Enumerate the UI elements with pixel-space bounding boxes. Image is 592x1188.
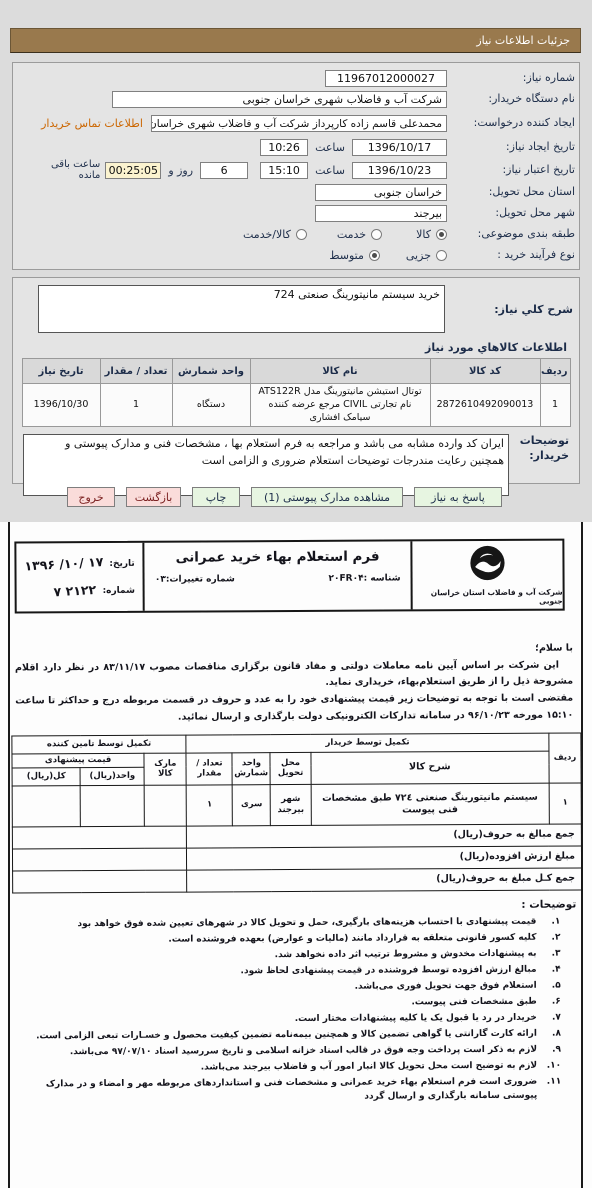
creator-field[interactable]: محمدعلی قاسم زاده کارپرداز شرکت آب و فاض…: [151, 115, 447, 132]
expire-date-label: تاریخ اعتبار نیاز:: [447, 164, 575, 177]
doc-col-delivery: محلتحویل: [270, 752, 310, 784]
province-row: استان محل تحویل: خراسان جنوبی: [17, 182, 575, 203]
goods-header-name: نام کالا: [250, 359, 430, 384]
doc-sum-words-value: [12, 826, 186, 849]
doc-item-no: ۱: [549, 783, 581, 824]
doc-grand-total-value: [13, 870, 187, 893]
water-company-logo-icon: [468, 544, 506, 586]
doc-item-unit-price: [80, 785, 144, 826]
buyer-notes-label: توضیحات خریدار:: [509, 434, 569, 496]
goods-cell-date: 1396/10/30: [22, 384, 100, 427]
doc-price-group: قیمت پیشنهادی: [12, 753, 144, 767]
goods-table-header-row: ردیف کد کالا نام کالا واحد شمارش تعداد /…: [22, 359, 570, 384]
page-title: جزئیات اطلاعات نیاز: [476, 34, 570, 47]
goods-header-qty: تعداد / مقدار: [100, 359, 172, 384]
doc-sum-row-2: مبلغ ارزش افزوده(ریال): [12, 846, 581, 871]
doc-col-total-price: کل(ریال): [12, 767, 80, 785]
document-note-1: ۱.قیمت پیشنهادی با احتساب هزینه‌های بارگ…: [16, 916, 576, 932]
purchase-type-radio-minor[interactable]: [436, 250, 447, 261]
document-body-text: با سلام؛ این شرکت بر اساس آیین نامه معام…: [15, 641, 573, 727]
category-radio-goods[interactable]: [436, 229, 447, 240]
countdown-timer: 00:25:05: [105, 162, 161, 179]
document-note-11: ۱۱.ضروری است فرم استعلام بهاء خرید عمران…: [17, 1076, 577, 1106]
expire-date-row: تاریخ اعتبار نیاز: 1396/10/23 ساعت 15:10…: [17, 158, 575, 182]
goods-cell-code: 2872610492090013: [430, 384, 540, 427]
buyer-org-field[interactable]: شرکت آب و فاضلاب شهری خراسان جنوبی: [112, 91, 447, 108]
need-description-row: شرح کلي نیاز: خرید سیستم مانیتورینگ صنعت…: [15, 281, 577, 335]
goods-cell-qty: 1: [100, 384, 172, 427]
creator-label: ایجاد کننده درخواست:: [447, 117, 575, 130]
buyer-org-row: نام دستگاه خریدار: شرکت آب و فاضلاب شهری…: [17, 89, 575, 110]
need-goods-panel: شرح کلي نیاز: خرید سیستم مانیتورینگ صنعت…: [12, 277, 580, 484]
company-name: شرکت آب و فاضلاب استان خراسان جنوبی: [413, 588, 563, 607]
create-date-field[interactable]: 1396/10/17: [352, 139, 447, 156]
document-notes: توضیحات : ۱.قیمت پیشنهادی با احتساب هزین…: [16, 899, 577, 1108]
category-label: طبقه بندی موضوعی:: [447, 228, 575, 241]
document-header: شرکت آب و فاضلاب استان خراسان جنوبی فرم …: [14, 539, 564, 614]
need-info-panel: شماره نیاز: 11967012000027 نام دستگاه خر…: [12, 62, 580, 270]
document-date-label: تاریخ:: [109, 558, 134, 568]
page-title-bar: جزئیات اطلاعات نیاز: [10, 28, 581, 53]
doc-group-supplier: تکمیل توسط تامین کننده: [12, 735, 186, 754]
expire-time-label: ساعت: [315, 164, 345, 177]
need-number-row: شماره نیاز: 11967012000027: [17, 68, 575, 89]
goods-cell-name: توتال استیشن مانیتورینگ مدل ATS122R نام …: [250, 384, 430, 427]
document-number-label: شماره:: [103, 585, 135, 595]
category-option-goods-service-label: کالا/خدمت: [243, 228, 291, 241]
category-option-service-label: خدمت: [337, 228, 366, 241]
document-note-6: ۶.طبق مشخصات فنی پیوست.: [17, 996, 577, 1012]
goods-header-code: کد کالا: [430, 359, 540, 384]
need-description-textarea[interactable]: خرید سیستم مانیتورینگ صنعتی 724: [38, 285, 445, 333]
category-option-goods-label: کالا: [416, 228, 431, 241]
goods-header-unit: واحد شمارش: [172, 359, 250, 384]
document-note-8: ۸.ارائه کارت گارانتی یا گواهی تضمین کالا…: [17, 1028, 577, 1044]
document-note-3: ۳.به پیشنهادات مخدوش و مشروط ترتیب اثر د…: [16, 948, 576, 964]
document-paragraph-1: این شرکت بر اساس آیین نامه معاملات دولتی…: [15, 657, 573, 693]
exit-button[interactable]: خروج: [67, 487, 115, 507]
doc-sum-words-label: جمع مبالغ به حروف(ریال): [187, 824, 582, 848]
doc-item-row: ۱ سیستم مانیتورینگ صنعتی ۷۲٤ طبق مشخصات …: [12, 783, 581, 827]
doc-item-delivery: شهربیرجند: [271, 784, 311, 825]
document-note-10: ۱۰.لازم به توضیح است محل تحویل کالا انبا…: [17, 1060, 577, 1076]
doc-item-unit: سری: [233, 784, 271, 825]
back-button[interactable]: بازگشت: [126, 487, 181, 507]
doc-group-buyer: تکمیل توسط خریدار: [186, 733, 549, 753]
buyer-contact-link[interactable]: اطلاعات تماس خریدار: [41, 117, 143, 130]
doc-vat-label: مبلغ ارزش افزوده(ریال): [187, 846, 582, 870]
document-title-cell: فرم استعلام بهاء خرید عمرانی شناسه :۲۰FR…: [143, 541, 413, 610]
need-number-label: شماره نیاز:: [447, 72, 575, 85]
create-date-label: تاریخ ایجاد نیاز:: [447, 141, 575, 154]
purchase-type-medium-label: متوسط: [329, 249, 364, 262]
days-label: روز و: [168, 164, 193, 177]
goods-cell-row-no: 1: [540, 384, 570, 427]
document-dates-cell: تاریخ: ۱۷ /۱۰/ ۱۳۹۶ شماره: ۲۱۲۲ ۷: [16, 543, 143, 612]
create-time-label: ساعت: [315, 141, 345, 154]
doc-col-brand: مارککالا: [144, 753, 186, 785]
doc-vat-value: [12, 848, 186, 871]
doc-col-row: ردیف: [549, 733, 581, 783]
province-label: استان محل تحویل:: [447, 186, 575, 199]
document-date-handwritten: ۱۷ /۱۰/ ۱۳۹۶: [24, 554, 104, 574]
view-attachments-button[interactable]: مشاهده مدارک پیوستی (1): [251, 487, 403, 507]
category-row: طبقه بندی موضوعی: کالا خدمت کالا/خدمت: [17, 224, 575, 245]
days-remaining-field: 6: [200, 162, 248, 179]
create-time-field[interactable]: 10:26: [260, 139, 308, 156]
document-note-5: ۵.استعلام فوق جهت تحویل فوری می‌باشد.: [17, 980, 577, 996]
print-button[interactable]: چاپ: [192, 487, 240, 507]
expire-time-field[interactable]: 15:10: [260, 162, 308, 179]
need-description-label: شرح کلي نیاز:: [445, 303, 573, 316]
city-field[interactable]: بیرجند: [315, 205, 447, 222]
category-radio-service[interactable]: [371, 229, 382, 240]
expire-date-field[interactable]: 1396/10/23: [352, 162, 447, 179]
document-price-table: ردیف تکمیل توسط خریدار تکمیل توسط تامین …: [11, 733, 582, 894]
doc-grand-total-label: جمع کـل مبلغ به حروف(ریال): [187, 868, 582, 892]
doc-col-qty: تعداد /مقدار: [186, 753, 232, 785]
doc-sum-row-3: جمع کـل مبلغ به حروف(ریال): [13, 868, 582, 893]
goods-table: ردیف کد کالا نام کالا واحد شمارش تعداد /…: [22, 358, 571, 427]
goods-table-row: 1 2872610492090013 توتال استیشن مانیتوری…: [22, 384, 570, 427]
document-number-handwritten: ۲۱۲۲ ۷: [54, 582, 97, 599]
action-buttons: پاسخ به نیاز مشاهده مدارک پیوستی (1) چاپ…: [67, 487, 502, 507]
doc-col-unit: واحدشمارش: [232, 753, 270, 785]
doc-col-desc: شرح کالا: [311, 751, 550, 784]
buyer-org-label: نام دستگاه خریدار:: [447, 93, 575, 106]
document-title: فرم استعلام بهاء خرید عمرانی: [145, 541, 411, 565]
city-label: شهر محل تحویل:: [447, 207, 575, 220]
document-note-2: ۲.کلیه کسور قانونی متعلقه به قرارداد مان…: [16, 932, 576, 948]
company-logo-cell: شرکت آب و فاضلاب استان خراسان جنوبی: [412, 541, 562, 610]
document-paragraph-2: مقتضی است با توجه به توضیحات زیر قیمت پی…: [15, 690, 573, 726]
doc-sum-row-1: جمع مبالغ به حروف(ریال): [12, 824, 581, 849]
doc-col-unit-price: واحد(ریال): [80, 767, 144, 785]
document-id: شناسه :۲۰FR۰۴: [329, 573, 401, 583]
city-row: شهر محل تحویل: بیرجند: [17, 203, 575, 224]
doc-item-total-price: [12, 785, 80, 826]
province-field[interactable]: خراسان جنوبی: [315, 184, 447, 201]
reply-to-need-button[interactable]: پاسخ به نیاز: [414, 487, 502, 507]
document-note-4: ۴.مبالغ ارزش افزوده توسط فروشنده در قیمت…: [17, 964, 577, 980]
goods-section-title: اطلاعات کالاهاي مورد نیاز: [15, 335, 577, 357]
countdown-label: ساعت باقی مانده: [42, 159, 100, 181]
doc-item-desc: سیستم مانیتورینگ صنعتی ۷۲٤ طبق مشخصات فن…: [311, 783, 550, 825]
doc-item-brand: [144, 785, 186, 826]
document-notes-title: توضیحات :: [16, 899, 576, 914]
goods-header-date: تاریخ نیاز: [22, 359, 100, 384]
need-number-field[interactable]: 11967012000027: [325, 70, 447, 87]
scanned-inquiry-document: شرکت آب و فاضلاب استان خراسان جنوبی فرم …: [0, 522, 592, 1188]
document-note-9: ۹.لازم به ذکر است پرداخت وجه فوق در قالب…: [17, 1044, 577, 1060]
create-date-row: تاریخ ایجاد نیاز: 1396/10/17 ساعت 10:26: [17, 137, 575, 158]
document-note-7: ۷.خریدار در رد یا قبول یک یا کلیه پیشنها…: [17, 1012, 577, 1028]
goods-cell-unit: دستگاه: [172, 384, 250, 427]
purchase-type-row: نوع فرآیند خرید : جزیی متوسط: [17, 245, 575, 266]
creator-row: ایجاد کننده درخواست: محمدعلی قاسم زاده ک…: [17, 110, 575, 137]
purchase-type-radio-medium[interactable]: [369, 250, 380, 261]
document-revision: شماره تغییرات:۰۳: [155, 574, 235, 584]
purchase-type-label: نوع فرآیند خرید :: [447, 249, 575, 262]
goods-header-row-no: ردیف: [540, 359, 570, 384]
category-radio-goods-service[interactable]: [296, 229, 307, 240]
purchase-type-minor-label: جزیی: [406, 249, 431, 262]
doc-item-qty: ۱: [186, 784, 232, 825]
